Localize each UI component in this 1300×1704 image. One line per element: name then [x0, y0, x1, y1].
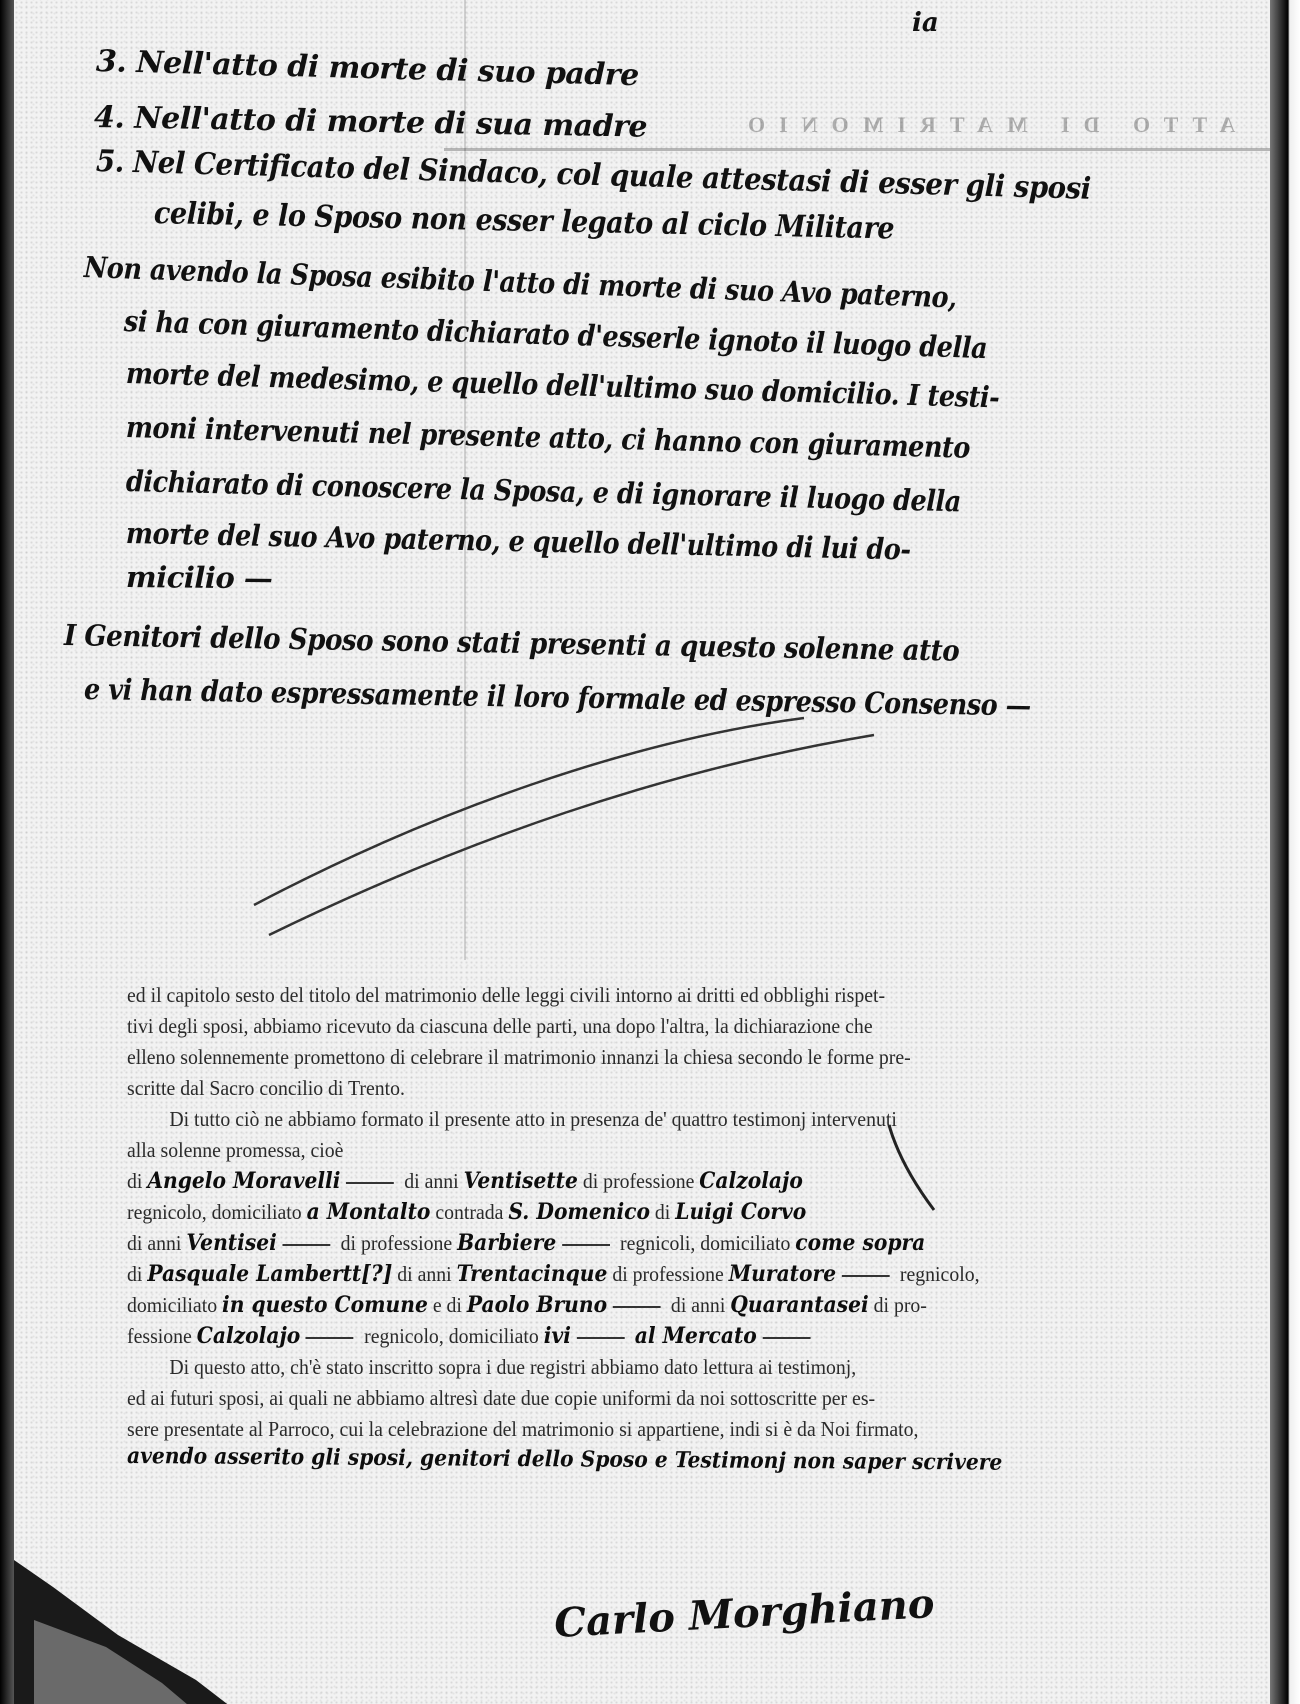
witness-4-age: Quarantasei	[730, 1292, 868, 1318]
witness-2-residence: come sopra	[795, 1230, 925, 1256]
witness-1-age: Ventisette	[464, 1168, 578, 1194]
witness-3-name: Pasquale Lambertt[?]	[147, 1261, 392, 1287]
witness-2-profession: Barbiere	[457, 1230, 556, 1256]
witness-3-profession: Muratore	[729, 1261, 836, 1287]
witness-3-residence: in questo Comune	[222, 1292, 428, 1318]
witness-1-street: S. Domenico	[508, 1199, 650, 1225]
scan-right-edge	[1270, 0, 1300, 1704]
closing-handwritten-note: avendo asserito gli sposi, genitori dell…	[127, 1441, 1176, 1480]
printed-paragraph-1: ed il capitolo sesto del titolo del matr…	[127, 980, 1176, 1476]
witness-1-residence: a Montalto	[307, 1199, 431, 1225]
witness-row-3: di anni Ventisei di professione Barbiere…	[127, 1228, 1176, 1259]
scan-left-edge	[0, 0, 14, 1704]
witness-row-1: di Angelo Moravelli di anni Ventisette d…	[127, 1166, 1176, 1197]
printed-line: Di tutto ciò ne abbiamo formato il prese…	[127, 1104, 1176, 1135]
witness-row-5: domiciliato in questo Comune e di Paolo …	[127, 1290, 1176, 1321]
witness-1-name: Angelo Moravelli	[147, 1168, 340, 1194]
witness-2-age: Ventisei	[186, 1230, 276, 1256]
witness-row-2: regnicolo, domiciliato a Montalto contra…	[127, 1197, 1176, 1228]
printed-line: Di questo atto, ch'è stato inscritto sop…	[127, 1352, 1176, 1383]
printed-line: alla solenne promessa, cioè	[127, 1135, 1176, 1166]
witness-4-residence: ivi	[544, 1323, 571, 1349]
witness-4-name: Paolo Bruno	[467, 1292, 607, 1318]
witness-1-profession: Calzolajo	[699, 1168, 803, 1194]
witness-4-street: al Mercato	[635, 1323, 757, 1349]
document-page: ATTO DI MATRIMONIO ia 3. Nell'atto di mo…	[14, 0, 1274, 1704]
printed-line: ed il capitolo sesto del titolo del matr…	[127, 980, 1176, 1011]
printed-line: tivi degli sposi, abbiamo ricevuto da ci…	[127, 1011, 1176, 1042]
witness-row-4: di Pasquale Lambertt[?] di anni Trentaci…	[127, 1259, 1176, 1290]
witness-4-profession: Calzolajo	[197, 1323, 301, 1349]
witness-2-name: Luigi Corvo	[675, 1199, 806, 1225]
witness-3-age: Trentacinque	[457, 1261, 608, 1287]
witness-row-6: fessione Calzolajo regnicolo, domiciliat…	[127, 1321, 1176, 1352]
printed-line: elleno solennemente promettono di celebr…	[127, 1042, 1176, 1073]
printed-line: ed ai futuri sposi, ai quali ne abbiamo …	[127, 1383, 1176, 1414]
printed-line: sere presentate al Parroco, cui la celeb…	[127, 1414, 1176, 1445]
printed-line: scritte dal Sacro concilio di Trento.	[127, 1073, 1176, 1104]
